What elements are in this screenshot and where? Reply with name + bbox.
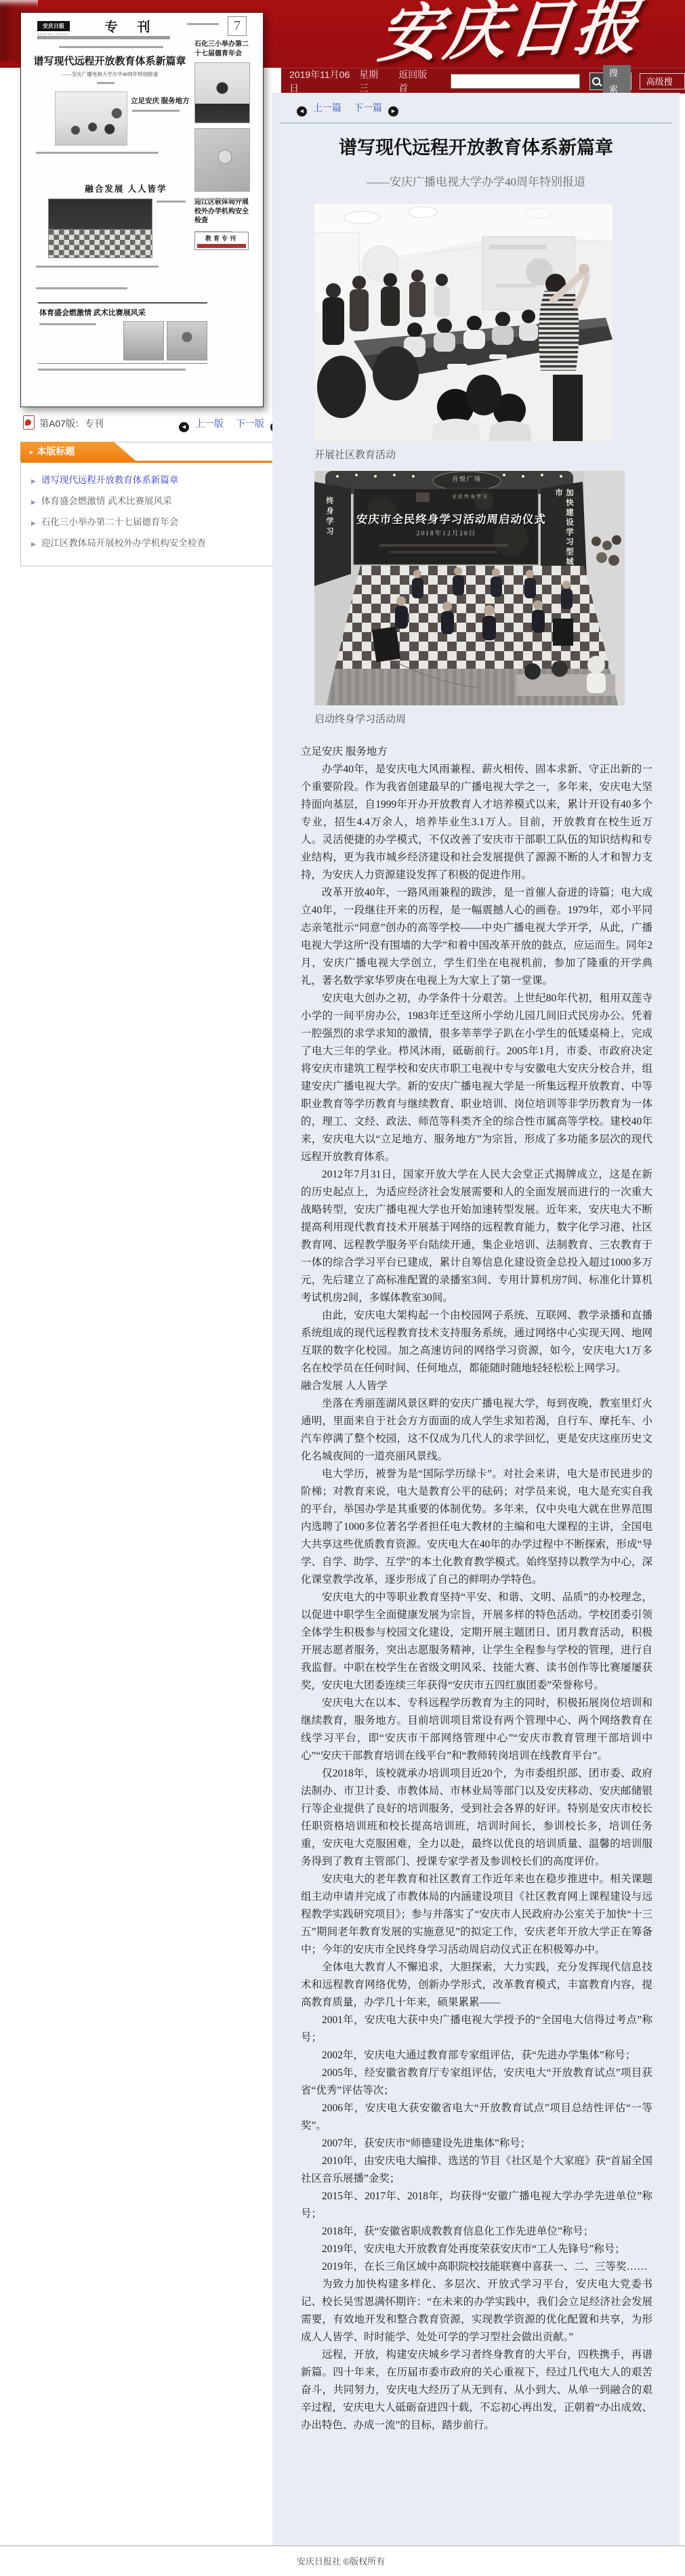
preview-masthead-bar (37, 36, 170, 39)
article-paragraph: 2018年，获“安徽省职成教教育信息化工作先进单位”称号； (301, 2223, 652, 2241)
article-paragraph: 2019年，在长三角区域中高职院校技能联赛中喜获一、二、三等奖…… (301, 2258, 652, 2276)
section-headlines-box: ▸本版标题 ▶谱写现代远程开放教育体系新篇章▶体育盛会燃激情 武术比赛展风采▶石… (20, 442, 282, 566)
next-page-link[interactable]: 下一版 (236, 418, 264, 429)
article-paragraph: 安庆电大在以本、专科远程学历教育为主的同时，积极拓展岗位培训和继续教育，服务地方… (301, 1695, 652, 1765)
photo2-lifelong-logo: 全民终身学习 (396, 493, 545, 500)
preview-edition-title: 专 刊 (94, 17, 169, 35)
triangle-bullet-icon: ▶ (31, 541, 36, 547)
photo2-right-calligraphy: 加快建设学习型城市 (553, 489, 575, 570)
prev-article-link[interactable]: 上一篇 (313, 102, 341, 113)
article-paragraph: 办学40年，是安庆电大风雨兼程、薪火相传、固本求新、守正出新的一个重要阶段。作为… (301, 761, 652, 884)
photo2-caption: 启动终身学习活动周 (314, 711, 625, 726)
preview-sports-photo-1 (123, 321, 164, 360)
newspaper-page-preview[interactable]: 安庆日报 ANQING DAILY 专 刊 7 谱写现代远程开放教育体系新篇章 … (20, 12, 264, 407)
pdf-icon[interactable] (23, 415, 35, 430)
preview-main-headline: 谱写现代远程开放教育体系新篇章 (26, 56, 193, 68)
preview-page-number: 7 (228, 16, 247, 36)
headline-list-item[interactable]: ▶迎江区教体局开展校外办学机构安全检查 (31, 533, 277, 554)
preview-classroom-photo (55, 91, 127, 146)
preview-corner-logo-bar (197, 244, 246, 248)
preview-corner-logo-text: 教育专刊 (197, 234, 246, 243)
article-paragraph: 2015年、2017年、2018年，均获得“安徽广播电视大学办学先进单位”称号； (301, 2188, 652, 2223)
preview-right-headline-1: 石化三小举办第二十七届德育年会 (194, 40, 249, 58)
divider (281, 123, 671, 123)
figure-launch-ceremony: 吾悦广场 全民终身学习 安庆市全民终身学习活动周启动仪式 2018年12月20日… (314, 471, 625, 726)
headlines-box-accent-line (21, 461, 281, 463)
headlines-box-header: ▸本版标题 (20, 442, 136, 461)
site-logo-calligraphy: 安庆日报 (375, 0, 644, 68)
article-subtitle: ——安庆广播电视大学办学40周年特别报道 (272, 172, 680, 189)
photo2-banner-title: 安庆市全民终身学习活动周启动仪式 (356, 510, 537, 526)
article-paragraph: 由此，安庆电大架构起一个由校园网子系统、互联网、教学录播和直播系统组成的现代远程… (301, 1307, 652, 1377)
prev-article-circle-icon[interactable]: ◀ (297, 106, 307, 117)
article-paragraph: 2019年，安庆电大开放教育处再度荣获安庆市“工人先锋号”称号； (301, 2241, 652, 2258)
page-prevnext: ◀上一版下一版▶ (179, 417, 281, 432)
prev-page-circle-icon[interactable]: ◀ (179, 422, 189, 432)
article-nav: ◀上一篇下一篇▶ (297, 101, 680, 117)
preview-speech-photo (194, 62, 250, 123)
preview-award-photo (194, 128, 250, 192)
search-button[interactable]: 搜索 (589, 72, 631, 90)
preview-right-headline-2: 迎江区教体局开展校外办学机构安全检查 (194, 198, 249, 226)
issue-weekday: 星期三 (359, 68, 385, 95)
preview-section1-headline: 立足安庆 服务地方 (131, 96, 199, 106)
headline-list-item[interactable]: ▶谱写现代远程开放教育体系新篇章 (31, 470, 277, 491)
article-paragraph: 2001年，安庆电大获中央广播电视大学授予的“全国电大信得过考点”称号； (301, 2012, 652, 2047)
epaper-page: 安庆日报 2019年11月06日 星期三 返回版首 搜索 高级搜索 安庆日报 A… (0, 0, 685, 2576)
toolbar: 2019年11月06日 星期三 返回版首 搜索 高级搜索 (281, 68, 685, 94)
page-nav-row: 第A07版：专刊 ◀上一版下一版▶ (22, 415, 281, 432)
preview-sports-headline: 体育盛会燃激情 武术比赛展风采 (39, 307, 161, 318)
page-label: 第A07版：专刊 (39, 417, 104, 430)
search-input[interactable] (451, 74, 579, 89)
figure-community-education: 开展社区教育活动 (314, 204, 613, 461)
headline-list-item[interactable]: ▶石化三小举办第二十七届德育年会 (31, 512, 277, 533)
preview-sub-headline: ——安庆广播电视大学办学40周年特别报道 (26, 70, 193, 78)
page-footer: 安庆日报社 ©版权所有 (0, 2546, 685, 2576)
headline-link[interactable]: 体育盛会燃激情 武术比赛展风采 (41, 496, 172, 506)
photo2-left-calligraphy: 终身学习 (324, 497, 335, 537)
article-paragraph: 2007年，获安庆市“师德建设先进集体”称号； (301, 2135, 652, 2153)
article-paragraph: 安庆电大创办之初，办学条件十分艰苦。上世纪80年代初，租用双莲寺小学的一间平房办… (301, 990, 652, 1166)
article-paragraph: 改革开放40年，一路风雨兼程的跋涉，是一首催人奋进的诗篇；电大成立40年，一段继… (301, 884, 652, 990)
preview-section2-headline: 融合发展 人人皆学 (75, 182, 177, 194)
copyright-text: 安庆日报社 ©版权所有 (297, 2554, 385, 2567)
next-article-circle-icon[interactable]: ▶ (388, 106, 398, 117)
article-paragraph: 2010年，由安庆电大编排、选送的节目《社区是个大家庭》获“首届全国社区音乐展播… (301, 2153, 652, 2188)
photo2-banner-date: 2018年12月20日 (356, 528, 537, 537)
advanced-search-button[interactable]: 高级搜索 (640, 73, 685, 89)
article-paragraph: 坐落在秀丽莲湖风景区畔的安庆广播电视大学，每到夜晚，教室里灯火通明，里面来自于社… (301, 1395, 652, 1466)
article-paragraph: 安庆电大的老年教育和社区教育工作近年来也在稳步推进中。相关课题组主动申请并完成了… (301, 1871, 652, 1959)
issue-date: 2019年11月06日 (289, 68, 353, 95)
headline-link[interactable]: 石化三小举办第二十七届德育年会 (41, 517, 179, 527)
preview-left-zone: 立足安庆 服务地方 融合发展 人人皆学 (36, 86, 193, 299)
article-paragraph: 远程，开放，构建安庆城乡学习者终身教育的大平台，四秩携手，再谱新篇。四十年来，在… (301, 2346, 652, 2434)
article-paragraph: 2012年7月31日，国家开放大学在人民大会堂正式揭牌成立，这是在新的历史起点上… (301, 1166, 652, 1307)
article-paragraph: 为致力加快构建多样化、多层次、开放式学习平台，安庆电大党委书记、校长吴雪恩满怀期… (301, 2276, 652, 2346)
article-paragraph: 电大学历，被誉为是“国际学历绿卡”。对社会来讲，电大是市民进步的阶梯；对教育来说… (301, 1466, 652, 1589)
back-to-front-link[interactable]: 返回版首 (398, 68, 433, 95)
preview-sports-photo-2 (167, 321, 207, 360)
headline-list-item[interactable]: ▶体育盛会燃激情 武术比赛展风采 (31, 491, 277, 512)
preview-corner-logo: 教育专刊 (194, 232, 249, 250)
article-paragraph: 2005年，经安徽省教育厅专家组评估，安庆电大“开放教育试点”项目获省“优秀”评… (301, 2064, 652, 2100)
article-paragraph: 2002年，安庆电大通过教育部专家组评估，获“先进办学集体”称号； (301, 2047, 652, 2064)
headline-link[interactable]: 迎江区教体局开展校外办学机构安全检查 (41, 538, 206, 548)
tab-triangle-icon: ▸ (30, 449, 33, 455)
article-paragraph: 安庆电大的中等职业教育坚持“平安、和谐、文明、品质”的办校理念，以促进中职学生全… (301, 1589, 652, 1695)
headlines-list: ▶谱写现代远程开放教育体系新篇章▶体育盛会燃激情 武术比赛展风采▶石化三小举办第… (31, 470, 277, 554)
headlines-box-title: 本版标题 (37, 446, 75, 457)
search-icon (590, 73, 603, 89)
headline-link[interactable]: 谱写现代远程开放教育体系新篇章 (41, 475, 179, 485)
section-heading: 立足安庆 服务地方 (301, 743, 652, 761)
preview-sports-box: 体育盛会燃激情 武术比赛展风采 (38, 302, 207, 364)
article-title: 谱写现代远程开放教育体系新篇章 (278, 133, 674, 159)
next-article-link[interactable]: 下一篇 (354, 102, 382, 113)
community-education-photo (314, 204, 613, 441)
article-panel: ◀上一篇下一篇▶ 谱写现代远程开放教育体系新篇章 ——安庆广播电视大学办学40周… (272, 93, 680, 2546)
photo2-plaza-sign: 吾悦广场 (419, 474, 514, 483)
preview-stage-photo (48, 199, 152, 258)
triangle-bullet-icon: ▶ (31, 478, 36, 484)
preview-masthead-logo: 安庆日报 (37, 21, 70, 31)
launch-ceremony-photo (314, 471, 625, 705)
prev-page-link[interactable]: 上一版 (195, 418, 224, 429)
section-heading: 融合发展 人人皆学 (301, 1377, 652, 1395)
article-body: 立足安庆 服务地方办学40年，是安庆电大风雨兼程、薪火相传、固本求新、守正出新的… (301, 743, 652, 2434)
article-paragraph: 全体电大教育人不懈追求，大胆探索，大力实践，充分发挥现代信息技术和远程教育网络优… (301, 1959, 652, 2012)
triangle-bullet-icon: ▶ (31, 520, 36, 526)
triangle-bullet-icon: ▶ (31, 499, 36, 505)
photo1-caption: 开展社区教育活动 (314, 447, 613, 461)
article-paragraph: 仅2018年，该校就承办培训项目近20个，为市委组织部、团市委、政府法制办、市卫… (301, 1765, 652, 1871)
article-paragraph: 2006年，安庆电大获安徽省电大“开放教育试点”项目总结性评估“一等奖”。 (301, 2100, 652, 2135)
